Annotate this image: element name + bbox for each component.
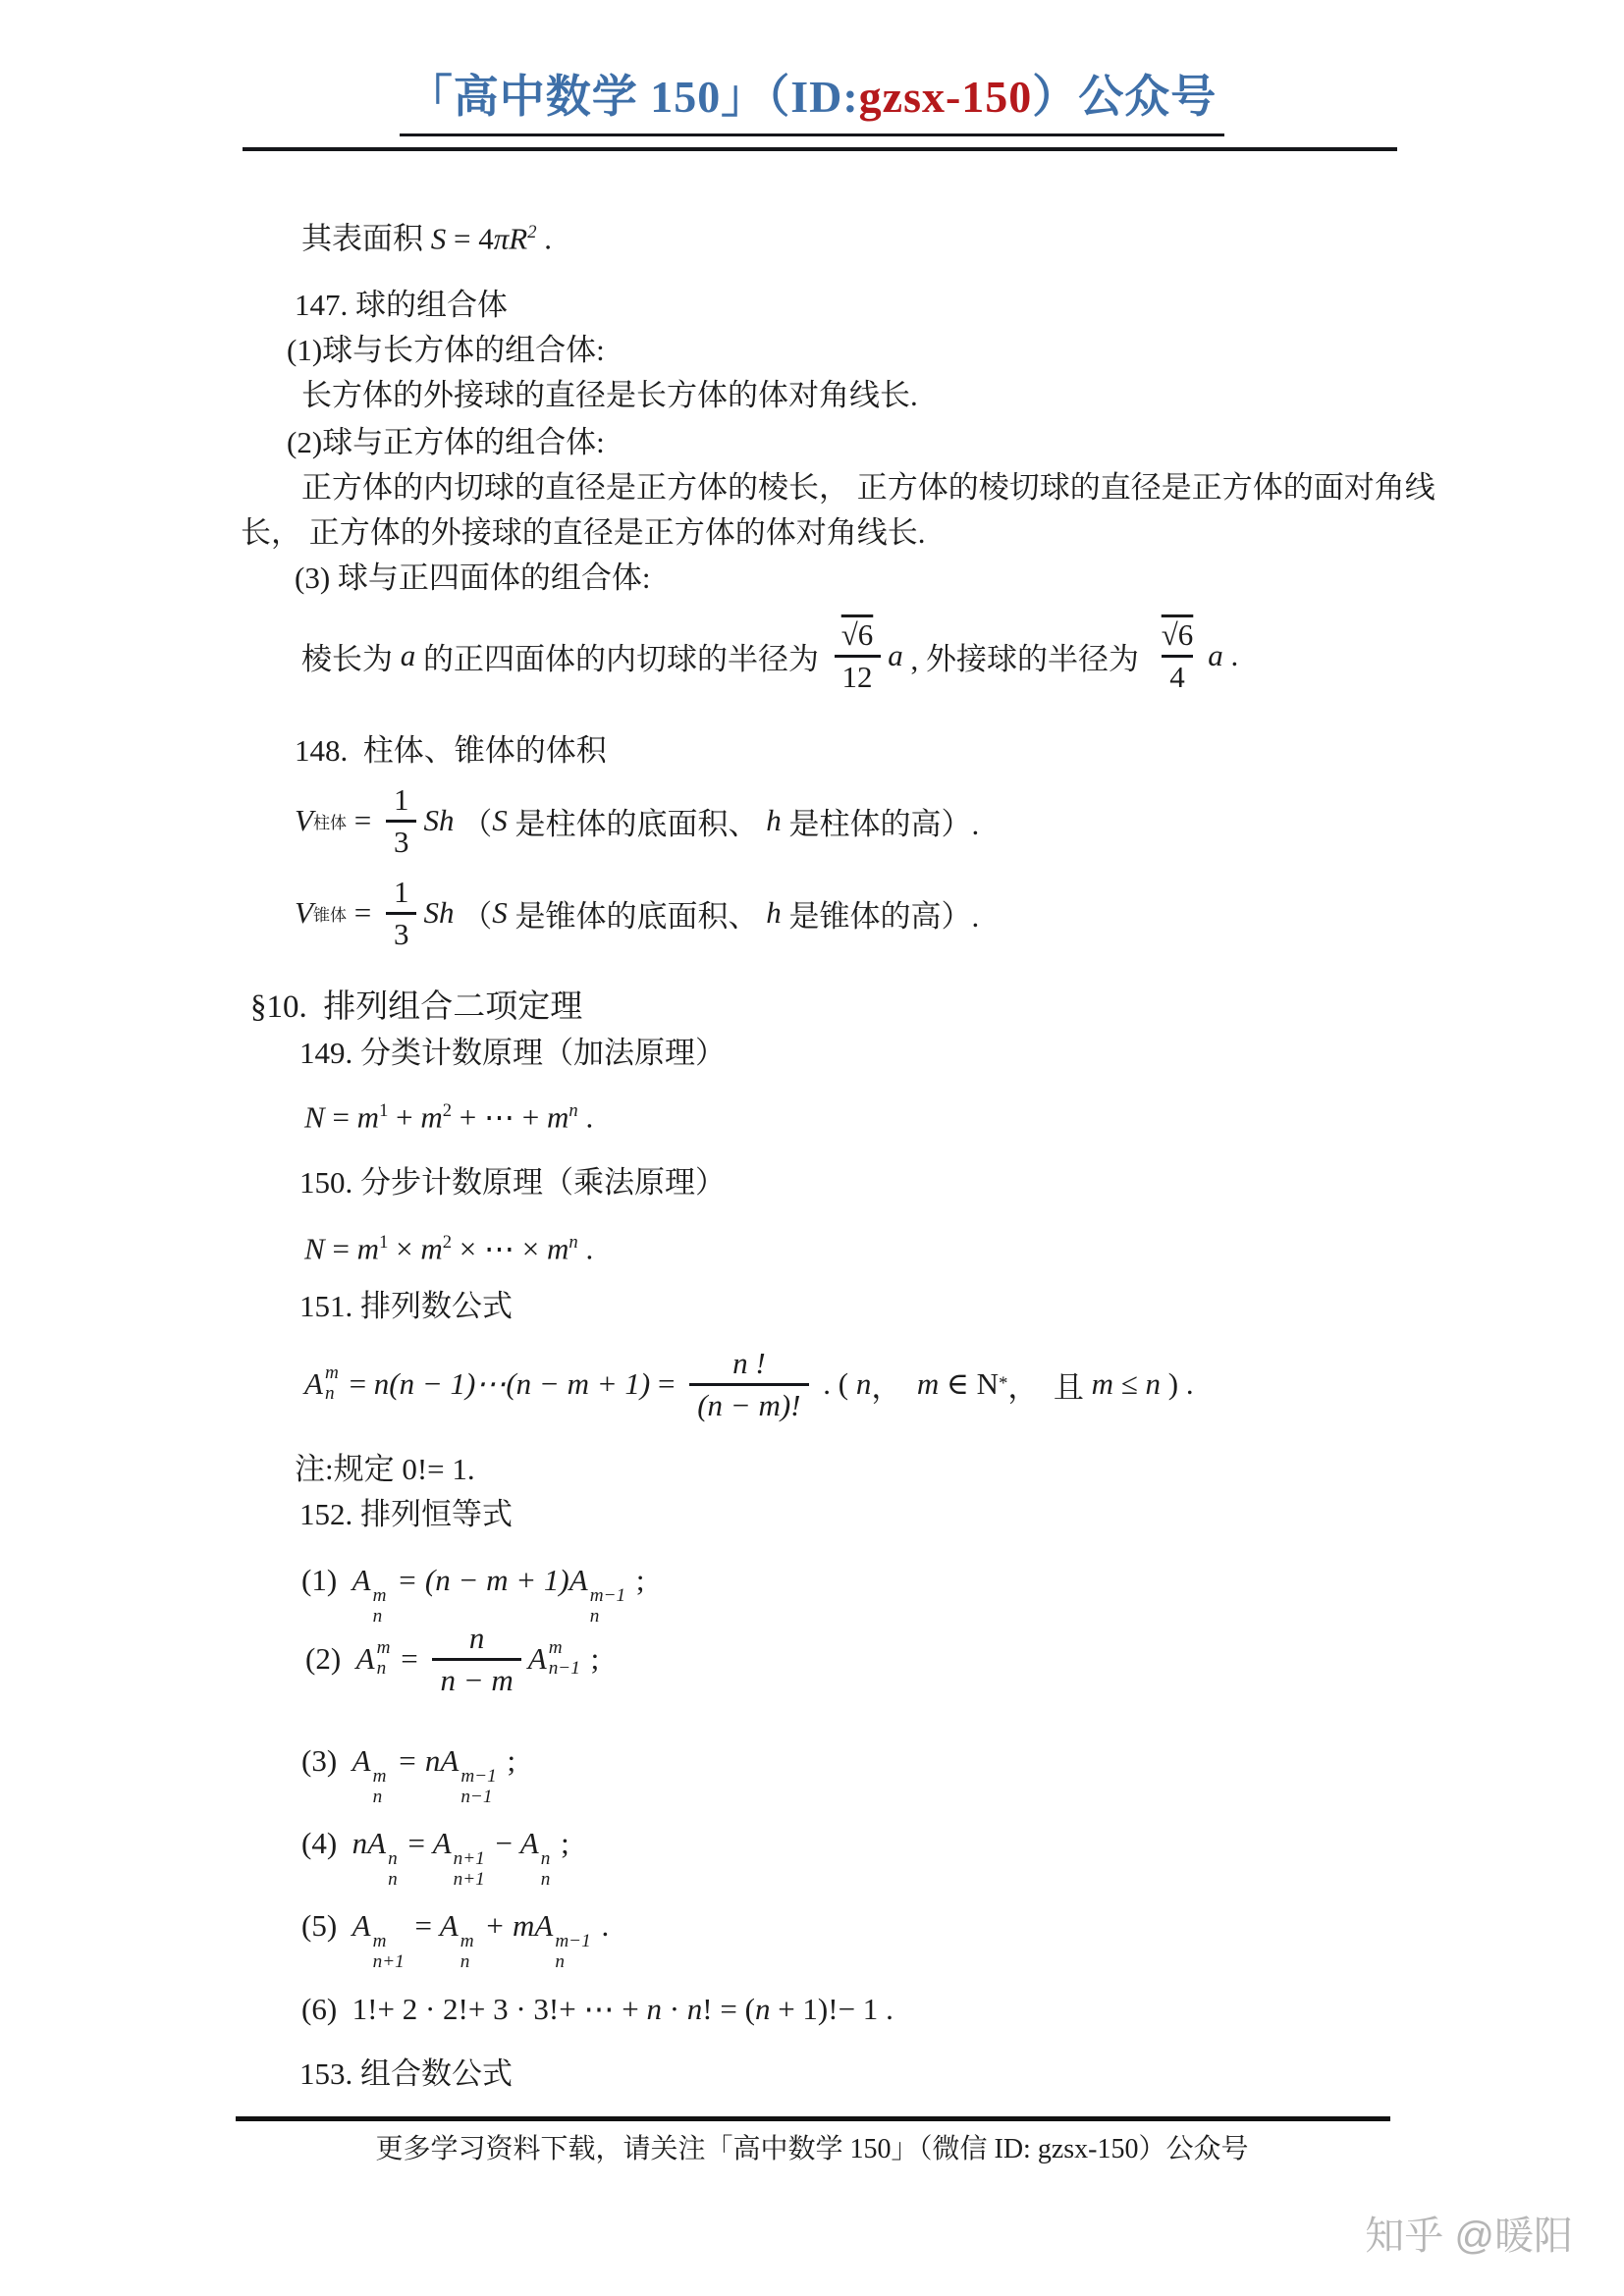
- operator: =: [347, 895, 379, 931]
- var-R: R: [509, 221, 527, 255]
- supsub-stack: m−1n: [555, 1932, 590, 1973]
- supsub-stack: mn: [460, 1932, 474, 1973]
- var-m: m: [357, 1099, 379, 1134]
- operator: =: [407, 1908, 440, 1943]
- formula-multiplication-principle: N = m1 × m2 × ⋯ × mn .: [304, 1215, 1394, 1270]
- item-153-heading: 153. 组合数公式: [299, 2052, 1394, 2097]
- document-page: 「高中数学 150」（ID:gzsx-150）公众号 其表面积 S = 4πR2…: [0, 0, 1624, 2296]
- text-fragment: .: [878, 1992, 893, 2026]
- text-line: 注:规定 0!= 1.: [295, 1452, 475, 1486]
- supsub-stack: mn: [373, 1767, 387, 1808]
- item-152-heading: 152. 排列恒等式: [299, 1492, 1394, 1537]
- superscript: m−1: [590, 1586, 625, 1607]
- header-title-left: 「高中数学 150」（ID:: [407, 72, 859, 122]
- operator: =: [325, 1231, 357, 1265]
- var-a: a: [401, 638, 416, 673]
- operator: =: [347, 803, 379, 838]
- text-fragment: ;: [628, 1563, 644, 1597]
- footer-label: 更多学习资料下载，请关注「高中数学 150」（微信 ID: gzsx-150）公…: [376, 2134, 1249, 2164]
- footer-text: 更多学习资料下载，请关注「高中数学 150」（微信 ID: gzsx-150）公…: [0, 2127, 1624, 2166]
- watermark-text: 知乎 @暖阳: [1365, 2215, 1573, 2258]
- fraction-denominator: (n − m)!: [689, 1383, 808, 1423]
- identity-2: (2) Amn = nn − m Amn−1 ;: [305, 1610, 1394, 1708]
- item-label: (6): [301, 1992, 352, 2026]
- var-A: A: [352, 1908, 371, 1943]
- operator: + ⋯ +: [452, 1099, 547, 1134]
- var-A: A: [356, 1641, 375, 1677]
- text-fragment: .: [537, 221, 553, 255]
- text-fragment: ∈ N: [939, 1366, 999, 1402]
- subscript: n−1: [460, 1788, 492, 1808]
- subscript: n: [325, 1384, 335, 1405]
- superscript: n: [541, 1849, 551, 1870]
- var-m: m: [420, 1099, 442, 1134]
- var-m: m: [357, 1231, 379, 1265]
- var-A: A: [352, 1563, 371, 1597]
- text-line: (2)球与正方体的组合体:: [287, 425, 605, 459]
- text-line: (3) 球与正四面体的组合体:: [295, 561, 651, 595]
- superscript-star: *: [999, 1373, 1007, 1395]
- subscript: 1: [379, 1100, 388, 1121]
- formula-permutation-number: Amn = n(n − 1)⋯(n − m + 1) = n !(n − m)!…: [304, 1329, 1394, 1439]
- header-title-id: gzsx-150: [859, 72, 1033, 122]
- heading-text: 150. 分步计数原理（乘法原理）: [299, 1165, 726, 1200]
- operator: =: [325, 1099, 357, 1134]
- var-n: n: [755, 1992, 771, 2026]
- text-fragment: .: [1223, 638, 1239, 673]
- operator: × ⋯ ×: [452, 1231, 547, 1265]
- subscript-cjk: 柱体: [313, 809, 347, 833]
- var-A: A: [534, 1908, 553, 1943]
- text-fragment: 是柱体的底面积、: [508, 799, 767, 843]
- item-150-heading: 150. 分步计数原理（乘法原理）: [299, 1160, 1394, 1205]
- formula-sphere-surface: 其表面积 S = 4πR2 .: [301, 210, 1394, 255]
- item-148-heading: 148. 柱体、锥体的体积: [295, 728, 1394, 774]
- var-N: N: [304, 1231, 325, 1265]
- fraction-1-over-3: 13: [386, 782, 417, 859]
- subscript-cjk: 锥体: [313, 901, 347, 926]
- item-151-heading: 151. 排列数公式: [299, 1284, 1394, 1329]
- var-m: m: [917, 1366, 939, 1402]
- subscript: n: [568, 1100, 577, 1121]
- item-147-sub1-body: 长方体的外接球的直径是长方体的体对角线长.: [301, 373, 1394, 418]
- subscript: n: [541, 1870, 551, 1891]
- subscript: n+1: [454, 1870, 485, 1891]
- var-S: S: [492, 895, 508, 931]
- text-fragment: 棱长为: [301, 634, 401, 678]
- formula-volume-cone: V锥体 = 13 Sh （S 是锥体的底面积、 h 是锥体的高）.: [295, 868, 1394, 958]
- var-n: n: [687, 1992, 703, 2026]
- item-147-heading: 147. 球的组合体: [295, 283, 1394, 328]
- operator: =: [342, 1366, 374, 1402]
- text-fragment: 是柱体的高）.: [782, 799, 980, 843]
- heading-text: §10. 排列组合二项定理: [250, 989, 582, 1025]
- text-fragment: . (: [816, 1366, 856, 1402]
- fraction-numerator: n: [461, 1621, 493, 1658]
- superscript: m: [460, 1932, 474, 1952]
- var-m: m: [547, 1099, 568, 1134]
- supsub-stack: m−1n: [590, 1586, 625, 1628]
- superscript: m: [373, 1767, 387, 1788]
- text-fragment: ;: [553, 1826, 568, 1860]
- text-fragment: ) .: [1161, 1366, 1194, 1402]
- superscript: m: [549, 1638, 563, 1659]
- supsub-stack: mn: [373, 1586, 387, 1628]
- text-fragment: 其表面积: [301, 221, 431, 255]
- superscript: n+1: [454, 1849, 485, 1870]
- fraction-denominator: 4: [1162, 655, 1193, 695]
- var-m: m: [547, 1231, 568, 1265]
- var-V: V: [295, 803, 313, 838]
- subscript: n: [568, 1232, 577, 1253]
- superscript: m: [373, 1586, 387, 1607]
- var-pi: π: [494, 221, 510, 255]
- fraction-numerator: 1: [386, 875, 417, 912]
- var-N: N: [304, 1099, 325, 1134]
- heading-text: 151. 排列数公式: [299, 1289, 513, 1323]
- footer-rule: [236, 2116, 1390, 2121]
- var-S: S: [492, 803, 508, 838]
- section-10-heading: §10. 排列组合二项定理: [250, 984, 1394, 1031]
- fraction-denominator: 3: [386, 912, 417, 952]
- item-149-heading: 149. 分类计数原理（加法原理）: [299, 1031, 1394, 1076]
- operator: =: [401, 1826, 433, 1860]
- supsub-stack: mn−1: [549, 1638, 580, 1680]
- text-fragment: .: [578, 1231, 594, 1265]
- superscript: 2: [527, 222, 536, 242]
- math-expression: 1!+ 2 · 2!+ 3 · 3!+ ⋯ +: [352, 1992, 647, 2026]
- item-label: (5): [301, 1908, 352, 1943]
- item-147-sub1: (1)球与长方体的组合体:: [287, 328, 1394, 373]
- var-A: A: [569, 1563, 588, 1597]
- var-A: A: [528, 1641, 547, 1677]
- fraction-denominator: 12: [835, 655, 881, 695]
- math-expression: + m: [477, 1908, 535, 1943]
- fraction-nfact-over-nmfact: n !(n − m)!: [689, 1346, 808, 1422]
- fraction-denominator: n − m: [432, 1658, 520, 1698]
- fraction-sqrt6-over-12: √612: [834, 617, 882, 694]
- var-a: a: [888, 638, 903, 673]
- var-h: h: [766, 803, 782, 838]
- supsub-stack: mn: [325, 1363, 339, 1405]
- text-fragment: ， 且: [1007, 1362, 1091, 1407]
- subscript: n+1: [373, 1952, 405, 1973]
- item-147-sub3: (3) 球与正四面体的组合体:: [295, 556, 1394, 601]
- var-V: V: [295, 895, 313, 931]
- superscript: n: [388, 1849, 398, 1870]
- fraction-numerator: √6: [1154, 617, 1202, 655]
- operator: =: [650, 1366, 682, 1402]
- formula-tetrahedron-spheres: 棱长为 a 的正四面体的内切球的半径为 √612 a , 外接球的半径为 √64…: [301, 601, 1394, 711]
- item-label: (1): [301, 1563, 352, 1597]
- formula-volume-prism: V柱体 = 13 Sh （S 是柱体的底面积、 h 是柱体的高）.: [295, 775, 1394, 866]
- var-n: n: [1146, 1366, 1162, 1402]
- text-line: 长方体的外接球的直径是长方体的体对角线长.: [301, 378, 918, 412]
- heading-text: 147. 球的组合体: [295, 288, 508, 322]
- item-label: (2): [305, 1641, 356, 1677]
- text-line: 正方体的内切球的直径是正方体的棱长， 正方体的棱切球的直径是正方体的面对角线: [301, 470, 1435, 505]
- text-fragment: ，: [871, 1362, 917, 1407]
- superscript: m−1: [460, 1767, 496, 1788]
- math-expression: = (n − m + 1): [389, 1563, 568, 1597]
- item-147-sub2-body-line1: 正方体的内切球的直径是正方体的棱长， 正方体的棱切球的直径是正方体的面对角线: [241, 465, 1394, 510]
- fraction-1-over-3: 13: [386, 875, 417, 951]
- fraction-numerator: n !: [725, 1346, 774, 1383]
- var-Sh: Sh: [423, 895, 454, 931]
- var-A: A: [440, 1743, 459, 1778]
- subscript: n: [377, 1659, 387, 1680]
- text-fragment: 的正四面体的内切球的半径为: [415, 634, 827, 678]
- heading-text: 152. 排列恒等式: [299, 1497, 513, 1531]
- var-A: A: [367, 1826, 386, 1860]
- operator: =: [393, 1641, 425, 1677]
- text-fragment: .: [594, 1908, 610, 1943]
- subscript: n: [590, 1607, 600, 1628]
- text-fragment: 是锥体的底面积、: [508, 891, 767, 935]
- var-S: S: [431, 221, 447, 255]
- operator: −: [488, 1826, 520, 1860]
- var-m: m: [1092, 1366, 1113, 1402]
- text-fragment: （: [454, 891, 492, 935]
- operator: +: [388, 1099, 420, 1134]
- supsub-stack: n+1n+1: [454, 1849, 485, 1891]
- item-label: (3): [301, 1743, 352, 1778]
- item-147-sub2-body-line2: 长， 正方体的外接球的直径是正方体的体对角线长.: [241, 510, 1394, 556]
- superscript: m: [377, 1638, 391, 1659]
- heading-text: 148. 柱体、锥体的体积: [295, 733, 607, 768]
- var-A: A: [352, 1743, 371, 1778]
- supsub-stack: nn: [541, 1849, 551, 1891]
- var-m: m: [420, 1231, 442, 1265]
- identity-4: (4) nAnn = An+1n+1 − Ann ;: [301, 1814, 1394, 1873]
- formula-addition-principle: N = m1 + m2 + ⋯ + mn .: [304, 1084, 1394, 1139]
- text-fragment: = 4: [446, 221, 493, 255]
- var-n: n: [646, 1992, 662, 2026]
- math-expression: n(n − 1)⋯(n − m + 1): [374, 1366, 650, 1402]
- subscript: n−1: [549, 1659, 580, 1680]
- var-n: n: [352, 1826, 368, 1860]
- var-Sh: Sh: [423, 803, 454, 838]
- math-expression: + 1)!− 1: [770, 1992, 878, 2026]
- var-A: A: [440, 1908, 459, 1943]
- text-line: 长， 正方体的外接球的直径是正方体的体对角线长.: [241, 515, 926, 550]
- text-fragment: ;: [500, 1743, 515, 1778]
- note-zero-factorial: 注:规定 0!= 1.: [295, 1447, 1394, 1492]
- operator: ·: [662, 1992, 687, 2026]
- page-header: 「高中数学 150」（ID:gzsx-150）公众号: [0, 61, 1624, 136]
- subscript: n: [373, 1788, 383, 1808]
- text-line: (1)球与长方体的组合体:: [287, 333, 605, 367]
- fraction-denominator: 3: [386, 820, 417, 860]
- fraction-numerator: 1: [386, 782, 417, 820]
- fraction-n-over-nm: nn − m: [432, 1621, 520, 1697]
- text-fragment: 是锥体的高）.: [782, 891, 980, 935]
- var-h: h: [766, 895, 782, 931]
- operator: ×: [388, 1231, 420, 1265]
- var-A: A: [433, 1826, 452, 1860]
- document-body: 其表面积 S = 4πR2 . 147. 球的组合体 (1)球与长方体的组合体:…: [241, 149, 1394, 2097]
- identity-5: (5) Amn+1 = Amn + mAm−1n .: [301, 1896, 1394, 1955]
- text-fragment: .: [578, 1099, 594, 1134]
- supsub-stack: nn: [388, 1849, 398, 1891]
- heading-text: 153. 组合数公式: [299, 2056, 513, 2091]
- math-expression: ! = (: [702, 1992, 755, 2026]
- identity-1: (1) Amn = (n − m + 1)Am−1n ;: [301, 1551, 1394, 1610]
- var-A: A: [520, 1826, 539, 1860]
- math-expression: = n: [389, 1743, 440, 1778]
- text-fragment: , 外接球的半径为: [903, 634, 1147, 678]
- superscript: m: [373, 1932, 387, 1952]
- var-a: a: [1208, 638, 1223, 673]
- subscript: 1: [379, 1232, 388, 1253]
- header-title-right: ）公众号: [1032, 72, 1217, 122]
- supsub-stack: m−1n−1: [460, 1767, 496, 1808]
- identity-3: (3) Amn = nAm−1n−1 ;: [301, 1732, 1394, 1790]
- var-n: n: [856, 1366, 872, 1402]
- item-label: (4): [301, 1826, 352, 1860]
- subscript: n: [373, 1607, 383, 1628]
- superscript: m: [325, 1363, 339, 1384]
- var-A: A: [304, 1366, 323, 1402]
- watermark-zhihu: 知乎 @暖阳: [1365, 2205, 1573, 2261]
- supsub-stack: mn+1: [373, 1932, 405, 1973]
- subscript: 2: [443, 1232, 452, 1253]
- fraction-sqrt6-over-4: √64: [1154, 617, 1202, 694]
- operator: ≤: [1113, 1366, 1146, 1402]
- fraction-numerator: √6: [834, 617, 882, 655]
- text-fragment: ;: [583, 1641, 599, 1677]
- header-title: 「高中数学 150」（ID:gzsx-150）公众号: [400, 61, 1225, 136]
- item-147-sub2: (2)球与正方体的组合体:: [287, 420, 1394, 465]
- heading-text: 149. 分类计数原理（加法原理）: [299, 1036, 726, 1070]
- superscript: m−1: [555, 1932, 590, 1952]
- identity-6: (6) 1!+ 2 · 2!+ 3 · 3!+ ⋯ + n · n! = (n …: [301, 1985, 1394, 2034]
- subscript: n: [388, 1870, 398, 1891]
- text-fragment: （: [454, 799, 492, 843]
- supsub-stack: mn: [377, 1638, 391, 1680]
- subscript: 2: [443, 1100, 452, 1121]
- subscript: n: [460, 1952, 470, 1973]
- subscript: n: [555, 1952, 565, 1973]
